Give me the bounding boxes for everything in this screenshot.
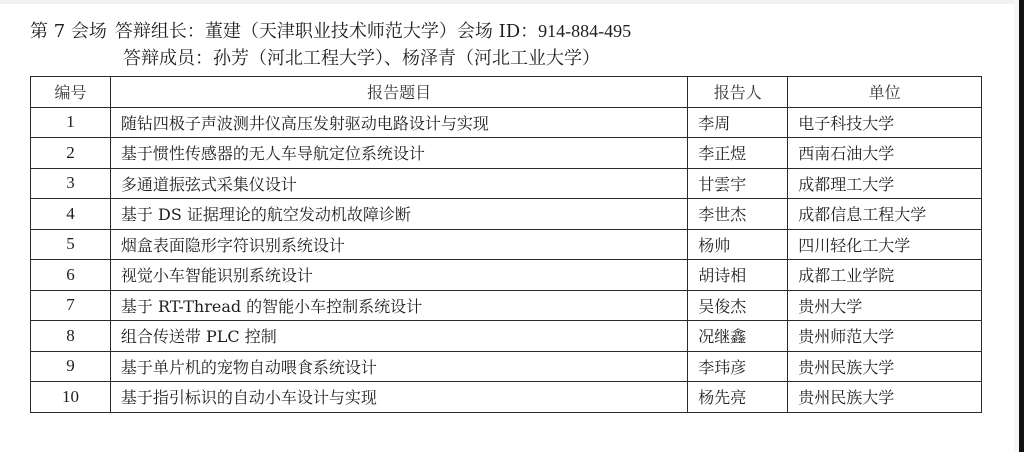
cell-presenter: 胡诗相	[688, 260, 788, 291]
cell-title: 基于单片机的宠物自动喂食系统设计	[110, 351, 687, 382]
chair-label: 答辩组长：	[115, 21, 205, 42]
cell-presenter: 甘雲宇	[688, 168, 788, 199]
cell-presenter: 吴俊杰	[688, 290, 788, 321]
venue-label: 第 7 会场	[30, 21, 107, 42]
cell-unit: 成都工业学院	[788, 260, 982, 291]
cell-number: 8	[31, 321, 111, 352]
cell-number: 5	[31, 229, 111, 260]
column-header-number: 编号	[31, 77, 111, 108]
cell-number: 6	[31, 260, 111, 291]
cell-presenter: 杨帅	[688, 229, 788, 260]
cell-unit: 贵州师范大学	[788, 321, 982, 352]
top-border	[0, 0, 1024, 4]
cell-title: 组合传送带 PLC 控制	[110, 321, 687, 352]
cell-number: 4	[31, 199, 111, 230]
table-row: 3 多通道振弦式采集仪设计 甘雲宇 成都理工大学	[31, 168, 982, 199]
cell-title: 视觉小车智能识别系统设计	[110, 260, 687, 291]
chair-affiliation: （天津职业技术师范大学）	[241, 21, 457, 42]
table-row: 6 视觉小车智能识别系统设计 胡诗相 成都工业学院	[31, 260, 982, 291]
table-row: 4 基于 DS 证据理论的航空发动机故障诊断 李世杰 成都信息工程大学	[31, 199, 982, 230]
members-label: 答辩成员：	[123, 48, 213, 69]
members-line: 答辩成员：孙芳（河北工程大学）、杨泽青（河北工业大学）	[123, 48, 600, 70]
column-header-title: 报告题目	[110, 77, 687, 108]
column-header-unit: 单位	[788, 77, 982, 108]
cell-unit: 西南石油大学	[788, 138, 982, 169]
cell-number: 3	[31, 168, 111, 199]
table-header-row: 编号 报告题目 报告人 单位	[31, 77, 982, 108]
cell-unit: 四川轻化工大学	[788, 229, 982, 260]
cell-title: 基于 DS 证据理论的航空发动机故障诊断	[110, 199, 687, 230]
cell-presenter: 杨先亮	[688, 382, 788, 413]
table-row: 1 随钻四极子声波测井仪高压发射驱动电路设计与实现 李周 电子科技大学	[31, 107, 982, 138]
chair-name: 董建	[205, 21, 241, 42]
cell-title: 基于指引标识的自动小车设计与实现	[110, 382, 687, 413]
table-row: 2 基于惯性传感器的无人车导航定位系统设计 李正煜 西南石油大学	[31, 138, 982, 169]
cell-presenter: 李周	[688, 107, 788, 138]
cell-unit: 贵州民族大学	[788, 351, 982, 382]
cell-number: 7	[31, 290, 111, 321]
cell-presenter: 李世杰	[688, 199, 788, 230]
cell-unit: 贵州大学	[788, 290, 982, 321]
cell-number: 1	[31, 107, 111, 138]
cell-title: 随钻四极子声波测井仪高压发射驱动电路设计与实现	[110, 107, 687, 138]
cell-title: 基于 RT-Thread 的智能小车控制系统设计	[110, 290, 687, 321]
meeting-id-label: 会场 ID：	[457, 21, 538, 42]
cell-title: 基于惯性传感器的无人车导航定位系统设计	[110, 138, 687, 169]
meeting-id: 914-884-495	[538, 21, 631, 41]
table-row: 8 组合传送带 PLC 控制 况继鑫 贵州师范大学	[31, 321, 982, 352]
table-row: 9 基于单片机的宠物自动喂食系统设计 李玮彦 贵州民族大学	[31, 351, 982, 382]
cell-number: 9	[31, 351, 111, 382]
cell-unit: 成都理工大学	[788, 168, 982, 199]
cell-presenter: 况继鑫	[688, 321, 788, 352]
cell-title: 多通道振弦式采集仪设计	[110, 168, 687, 199]
window-edge	[1019, 0, 1024, 452]
cell-presenter: 李玮彦	[688, 351, 788, 382]
session-header: 第 7 会场答辩组长：董建（天津职业技术师范大学）会场 ID：914-884-4…	[30, 20, 631, 43]
cell-title: 烟盒表面隐形字符识别系统设计	[110, 229, 687, 260]
cell-unit: 成都信息工程大学	[788, 199, 982, 230]
schedule-table: 编号 报告题目 报告人 单位 1 随钻四极子声波测井仪高压发射驱动电路设计与实现…	[30, 76, 982, 413]
cell-presenter: 李正煜	[688, 138, 788, 169]
members-list: 孙芳（河北工程大学）、杨泽青（河北工业大学）	[213, 48, 600, 69]
cell-unit: 贵州民族大学	[788, 382, 982, 413]
table-row: 7 基于 RT-Thread 的智能小车控制系统设计 吴俊杰 贵州大学	[31, 290, 982, 321]
cell-number: 2	[31, 138, 111, 169]
table-row: 10 基于指引标识的自动小车设计与实现 杨先亮 贵州民族大学	[31, 382, 982, 413]
cell-unit: 电子科技大学	[788, 107, 982, 138]
table-row: 5 烟盒表面隐形字符识别系统设计 杨帅 四川轻化工大学	[31, 229, 982, 260]
cell-number: 10	[31, 382, 111, 413]
column-header-presenter: 报告人	[688, 77, 788, 108]
